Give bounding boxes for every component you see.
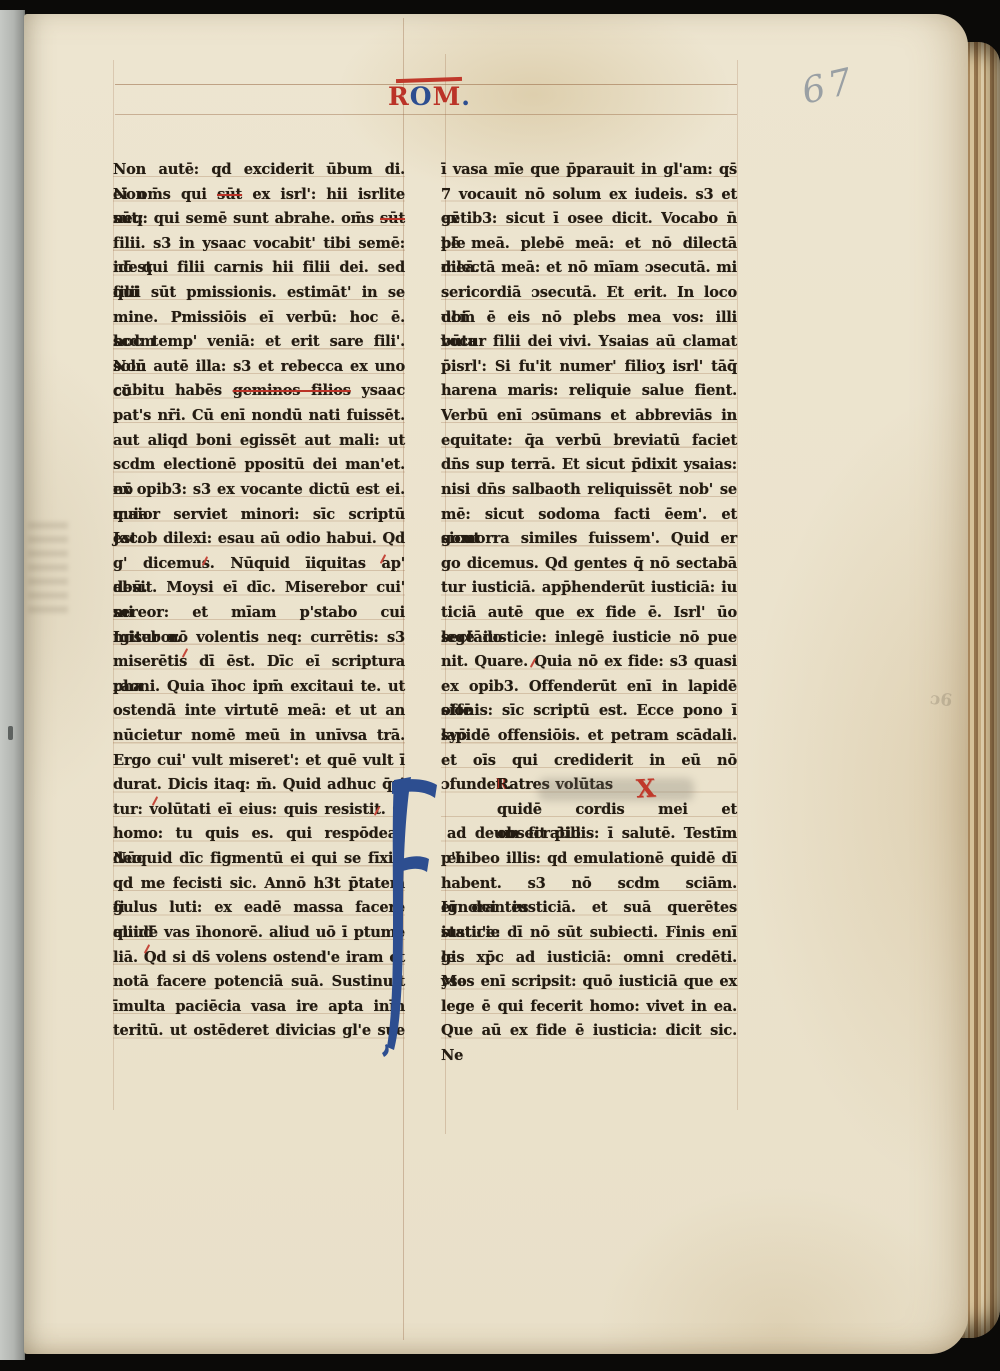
manuscript-line: lege ē qui fecerit homo: vivet in ea. [441,995,737,1020]
text-segment: teritū. ut ostēderet divicias gl'e sue [113,1022,405,1039]
manuscript-line: ī vasa mīe que p̄parauit in gl'am: qs̄ [441,158,737,183]
manuscript-line: mine. Pmissiōis eī verbū: hoc ē. scdm [113,306,405,331]
text-segment: yses enī scripsit: quō iusticiā que ex [441,973,737,990]
manuscript-line: iusticie dī nō sūt subiecti. Finis enī l… [441,921,737,946]
text-segment: filii sūt pmissionis. estimāt' in se [113,284,405,301]
manuscript-line: mē: sicut sodoma facti ēem'. et sicut [441,503,737,528]
manuscript-line: Nūquid dīc figmentū ei qui se fīxit: [113,847,405,872]
manuscript-line: legē iusticie: inlegē iusticie nō pue [441,626,737,651]
manuscript-line: Non autē: qd exciderit ūbum di. Non [113,158,405,183]
text-segment: harena maris: reliquie salue fient. [441,382,737,399]
manuscript-line: lapidē offensiōis. et petram scādali. [441,724,737,749]
manuscript-line: gētib3: sicut ī osee dicit. Vocabo n̄ pl… [441,207,737,232]
manuscript-line: ex opib3: s3 ex vocante dictū est ei. qu… [113,478,405,503]
manuscript-line: gomorra similes fuissem'. Quid er [441,527,737,552]
manuscript-line: filii. s3 in ysaac vocabit' tibi semē: i… [113,232,405,257]
manuscript-line: gis xp̄c ad iusticiā: omni credēti. Mo [441,946,737,971]
manuscript-line: gulus luti: ex eadē massa facere aliud [113,896,405,921]
text-segment: legē iusticie: inlegē iusticie nō pue [441,629,737,646]
manuscript-line: īmulta paciēcia vasa ire apta inīn [113,995,405,1020]
manuscript-line: qd me fecisti sic. Annō h3t p̄tatem fi [113,872,405,897]
running-title: ROM. [388,82,471,111]
manuscript-line: habent. s3 nō scdm sciām. Ignorantes [441,872,737,897]
manuscript-line: aut aliqd boni egissēt aut mali: ut [113,429,405,454]
manuscript-line: maior serviet minori: sīc scriptū est. [113,503,405,528]
text-segment: gomorra similes fuissem'. Quid er [441,530,737,547]
manuscript-line: quidē vas īhonorē. aliud uō ī ptume [113,921,405,946]
manuscript-line: tur iusticiā. app̄henderūt iusticiā: iu [441,576,737,601]
text-segment: dn̄s sup terrā. Et sicut p̄dixit ysaias: [441,456,737,473]
erased-guide-word-smudge [538,778,694,801]
text-segment: būtur filii dei vivi. Ysaias aū clamat [441,333,737,350]
illuminated-initial-F-icon [380,774,440,1058]
text-segment: sūt [217,186,242,203]
manuscript-line: Jacob dilexi: esau aū odio habui. Qd [113,527,405,552]
manuscript-line: hoc temp' veniā: et erit sare fili'. Non [113,330,405,355]
underlying-page-edge [0,10,25,1360]
text-segment: geminos filios [233,382,351,399]
manuscript-line: ticiā autē que ex fide ē. Isrl' ūo sectā… [441,601,737,626]
manuscript-line: p'hibeo illis: qd emulationē quidē dī [441,847,737,872]
manuscript-line: nō qui filii carnis hii filii dei. sed q… [113,256,405,281]
text-segment: equitate: q̄a verbū breviatū faciet [441,432,737,449]
manuscript-line: eī om̄s qui sūt ex isrl': hii isrlite sū… [113,183,405,208]
text-segment: Nūquid dīc figmentū ei qui se fīxit: [113,850,405,867]
manuscript-line: solū autē illa: s3 et rebecca ex uno cō [113,355,405,380]
manuscript-line: eī dei iusticiā. et suā querētes statu'e… [441,896,737,921]
text-segment: dilectā meā: et nō mīam ɔsecutā. mi [441,259,737,276]
text-segment: quidē vas īhonorē. aliud uō ī ptume [113,924,405,941]
manuscript-line: scdm electionē ppositū dei man'et. nō [113,453,405,478]
manuscript-line: 7 vocauit nō solum ex iudeis. s3 et ex [441,183,737,208]
manuscript-line: Igitur nō volentis neq: currētis: s3 [113,626,405,651]
edge-mark [8,726,13,740]
manuscript-line: Ergo cui' vult miseret': et quē vult ī [113,749,405,774]
manuscript-line: sereor: et mīam p'stabo cui misebor. [113,601,405,626]
manuscript-line: go dicemus. Qd gentes q̄ nō sectabā [441,552,737,577]
text-segment: pat's nr̄i. Cū enī nondū nati fuissēt. [113,407,405,424]
text-segment: nūcietur nomē meū in unīvsa trā. [113,727,405,744]
manuscript-line: harena maris: reliquie salue fient. [441,379,737,404]
text-segment: p'hibeo illis: qd emulationē quidē dī [441,850,737,867]
parchment-page: ROM. 67 Non autē: qd exciderit ūbum di. … [24,14,968,1354]
text-segment: lapidē offensiōis. et petram scādali. [441,727,737,744]
show-through-text [28,522,68,614]
text-segment: Igitur nō volentis neq: currētis: s3 [113,629,405,646]
text-segment: tur: volūtati eī eius: quis resistit. O [113,801,405,818]
manuscript-line: equitate: q̄a verbū breviatū faciet [441,429,737,454]
text-segment: p̄isrl': Si fu'it numer' filioʒ isrl' tā… [441,358,737,375]
manuscript-line: durat. Dicis itaq: m̄. Quid adhuc q̄ri [113,773,405,798]
text-column-left: Non autē: qd exciderit ūbum di. Noneī om… [113,158,405,1044]
manuscript-line: filii sūt pmissionis. estimāt' in se [113,281,405,306]
text-column-right: ī vasa mīe que p̄parauit in gl'am: qs̄7 … [441,158,737,1044]
manuscript-line: Verbū enī ɔsūmans et abbreviās in [441,404,737,429]
manuscript-line: pat's nr̄i. Cū enī nondū nati fuissēt. [113,404,405,429]
manuscript-line: p̄isrl': Si fu'it numer' filioʒ isrl' tā… [441,355,737,380]
manuscript-line: ex opib3. Offenderūt enī in lapidē offē [441,675,737,700]
manuscript-line: dilectā meā: et nō mīam ɔsecutā. mi [441,256,737,281]
manuscript-line: nisi dn̄s salbaoth reliquissēt nob' se [441,478,737,503]
manuscript-line: et oīs qui crediderit in eū nō ɔfundet'. [441,749,737,774]
manuscript-line: bē meā. plebē meā: et nō dilectā meā. [441,232,737,257]
manuscript-line: ad deum fit p̄illis: ī salutē. Testīm eī [441,822,737,847]
manuscript-line: ostendā inte virtutē meā: et ut an [113,699,405,724]
ruling-line-vertical-right [737,60,738,1110]
manuscript-line: g' dicemus. Nūquid īiquitas ap' deū. [113,552,405,577]
text-segment: go dicemus. Qd gentes q̄ nō sectabā [441,555,737,572]
manuscript-line: Que aū ex fide ē iusticia: dicit sic. Ne [441,1019,737,1044]
manuscript-line: neq: qui semē sunt abrahe. om̄s sūt [113,207,405,232]
text-segment: eī om̄s qui [113,186,217,203]
manuscript-photo: ROM. 67 Non autē: qd exciderit ūbum di. … [0,0,1000,1371]
text-segment: aut aliqd boni egissēt aut mali: ut [113,432,405,449]
text-segment: cubitu habēs [113,382,233,399]
text-segment: Ergo cui' vult miseret': et quē vult ī [113,752,405,769]
manuscript-line: raoni. Quia īhoc ipm̄ excitaui te. ut [113,675,405,700]
manuscript-line: yses enī scripsit: quō iusticiā que ex [441,970,737,995]
ruling-line-horizontal-second [115,114,737,115]
text-segment: M [433,82,462,111]
manuscript-line: liā. Qd si ds̄ volens ostend'e iram et [113,946,405,971]
text-segment: lege ē qui fecerit homo: vivet in ea. [441,998,737,1015]
text-segment: durat. Dicis itaq: m̄. Quid adhuc q̄ri [113,776,405,793]
manuscript-line: sionis: sīc scriptū est. Ecce pono ī syō [441,699,737,724]
manuscript-line: būtur filii dei vivi. Ysaias aū clamat [441,330,737,355]
text-segment: neq: qui semē sunt abrahe. om̄s [113,210,380,227]
text-segment: nisi dn̄s salbaoth reliquissēt nob' se [441,481,737,498]
text-segment: nit. Quare. Quia nō ex fide: s3 quasi [441,653,737,670]
text-segment: R [497,776,509,793]
manuscript-line: nūcietur nomē meū in unīvsa trā. [113,724,405,749]
manuscript-line: sericordiā ɔsecutā. Et erit. In loco ubi [441,281,737,306]
manuscript-line: dcm̄ ē eis nō plebs mea vos: illi voca [441,306,737,331]
text-segment: Verbū enī ɔsūmans et abbreviās in [441,407,737,424]
text-segment: ostendā inte virtutē meā: et ut an [113,702,405,719]
text-segment: notā facere potenciā suā. Sustinuit [113,973,405,990]
text-segment: . [461,82,471,111]
manuscript-line: cubitu habēs geminos filios ysaac [113,379,405,404]
manuscript-line: homo: tu quis es. qui respōdeas deo. [113,822,405,847]
manuscript-line: quidē cordis mei et obsecratio [441,798,737,823]
manuscript-line: notā facere potenciā suā. Sustinuit [113,970,405,995]
manuscript-line: absit. Moysi eī dīc. Miserebor cui' mi [113,576,405,601]
text-segment: sūt [380,210,405,227]
manuscript-line: nit. Quare. Quia nō ex fide: s3 quasi [441,650,737,675]
text-segment: Que aū ex fide ē iusticia: dicit sic. Ne [441,1022,737,1064]
text-segment: O [410,82,433,111]
manuscript-line: dn̄s sup terrā. Et sicut p̄dixit ysaias: [441,453,737,478]
folio-number: 67 [798,60,860,112]
manuscript-line: teritū. ut ostēderet divicias gl'e sue [113,1019,405,1044]
manuscript-line: tur: volūtati eī eius: quis resistit. O [113,798,405,823]
text-segment: liā. Qd si ds̄ volens ostend'e iram et [113,949,405,966]
text-segment: R [388,82,410,111]
text-segment: tur iusticiā. app̄henderūt iusticiā: iu [441,579,737,596]
text-segment: raoni. Quia īhoc ipm̄ excitaui te. ut [113,678,405,695]
margin-note: ɔ6 [929,689,953,712]
text-segment: Jacob dilexi: esau aū odio habui. Qd [113,530,405,547]
manuscript-line: miserētis dī ēst. Dīc eī scriptura pha [113,650,405,675]
chapter-numeral: X [635,774,656,804]
text-segment: ī vasa mīe que p̄parauit in gl'am: qs̄ [441,161,737,178]
text-segment: ysaac [351,382,405,399]
text-segment: īmulta paciēcia vasa ire apta inīn [113,998,405,1015]
